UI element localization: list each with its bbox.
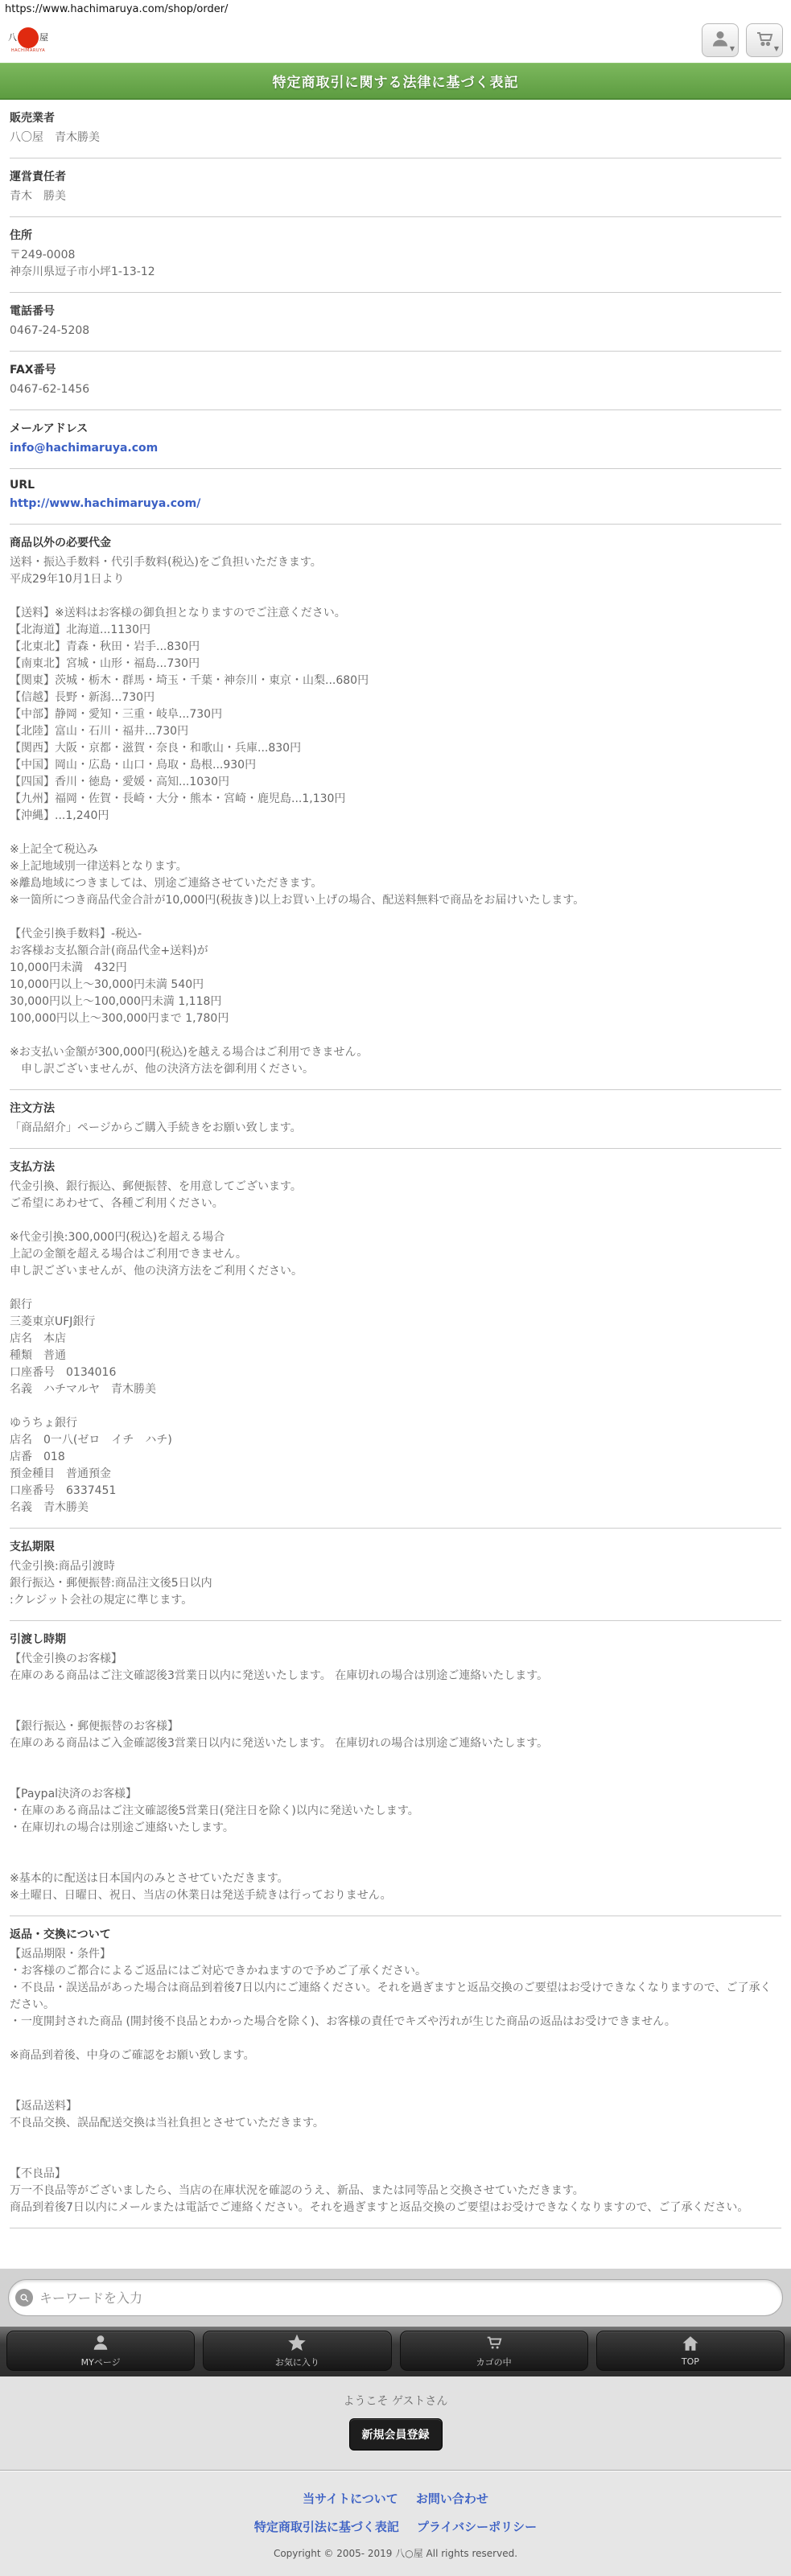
bottom-nav: MYページお気に入りカゴの中TOP (0, 2327, 791, 2376)
text-line: 銀行 (10, 1297, 781, 1314)
section-heading: 引渡し時期 (10, 1631, 781, 1647)
text-line: ※代金引換:300,000円(税込)を超える場合 (10, 1229, 781, 1246)
chevron-down-icon: ▼ (774, 45, 779, 52)
nav-label: お気に入り (275, 2356, 319, 2368)
page-title-bar: 特定商取引に関する法律に基づく表記 (0, 63, 791, 100)
search-icon (15, 2289, 33, 2306)
blank-line (10, 588, 781, 605)
section: メールアドレスinfo@hachimaruya.com (10, 410, 781, 469)
text-line: 【Paypal決済のお客様】 (10, 1786, 781, 1803)
text-line: ・一度開封された商品 (開封後不良品とわかった場合を除く)、お客様の責任でキズや… (10, 2014, 781, 2031)
section: URLhttp://www.hachimaruya.com/ (10, 469, 781, 525)
text-line: 【九州】福岡・佐賀・長崎・大分・熊本・宮崎・鹿児島...1,130円 (10, 791, 781, 808)
link[interactable]: http://www.hachimaruya.com/ (10, 496, 781, 512)
blank-line (10, 1769, 781, 1786)
blank-line (10, 2081, 781, 2098)
logo-kanji-left: 八 (8, 33, 17, 42)
section: 商品以外の必要代金送料・振込手数料・代引手数料(税込)をご負担いただきます。平成… (10, 525, 781, 1090)
text-line: 10,000円以上～30,000円未満 540円 (10, 977, 781, 994)
footer-link[interactable]: プライバシーポリシー (417, 2520, 537, 2534)
text-line: ※基本的に配送は日本国内のみとさせていただきます。 (10, 1870, 781, 1887)
section-heading: FAX番号 (10, 361, 781, 377)
text-line: 在庫のある商品はご入金確認後3営業日以内に発送いたします。 在庫切れの場合は別途… (10, 1735, 781, 1752)
text-line: ・お客様のご都合によるご返品にはご対応できかねますので予めご了承ください。 (10, 1963, 781, 1980)
nav-button-person[interactable]: MYページ (6, 2331, 195, 2371)
section-heading: 注文方法 (10, 1100, 781, 1116)
search-input[interactable] (8, 2279, 783, 2316)
text-line: 【中国】岡山・広島・山口・鳥取・島根...930円 (10, 757, 781, 774)
rising-sun-icon (18, 27, 39, 48)
link[interactable]: info@hachimaruya.com (10, 440, 781, 457)
text-line: 【関東】茨城・栃木・群馬・埼玉・千葉・神奈川・東京・山梨...680円 (10, 673, 781, 689)
nav-button-home[interactable]: TOP (596, 2331, 785, 2371)
text-line: 【信越】長野・新潟...730円 (10, 689, 781, 706)
blank-line (10, 1702, 781, 1718)
text-line: 銀行振込・郵便振替:商品注文後5日以内 (10, 1575, 781, 1592)
text-line: ※商品到着後、中身のご確認をお願い致します。 (10, 2047, 781, 2064)
account-menu-button[interactable]: ▼ (702, 23, 739, 57)
section-heading: メールアドレス (10, 420, 781, 436)
text-line: ※お支払い金額が300,000円(税込)を越える場合はご利用できません。 (10, 1044, 781, 1061)
site-logo[interactable]: 八 屋 HACHIMARUYA (8, 27, 48, 53)
site-footer: 当サイトについてお問い合わせ 特定商取引法に基づく表記プライバシーポリシー Co… (0, 2470, 791, 2576)
text-line: 100,000円以上～300,000円まで 1,780円 (10, 1010, 781, 1027)
person-icon (91, 2334, 110, 2355)
section: 注文方法「商品紹介」ページからご購入手続きをお願い致します。 (10, 1090, 781, 1149)
text-line: お客様お支払額合計(商品代金+送料)が (10, 943, 781, 960)
text-line: 【返品送料】 (10, 2098, 781, 2115)
text-line: 【中部】静岡・愛知・三重・岐阜...730円 (10, 706, 781, 723)
blank-line (10, 2132, 781, 2149)
star-icon (287, 2334, 307, 2355)
footer-link[interactable]: 特定商取引法に基づく表記 (254, 2520, 399, 2534)
site-header: 八 屋 HACHIMARUYA ▼ ▼ (0, 17, 791, 63)
content-sections: 販売業者八〇屋 青木勝美運営責任者青木 勝美住所〒249-0008神奈川県逗子市… (0, 100, 791, 2228)
search-band (0, 2269, 791, 2327)
section-heading: 販売業者 (10, 109, 781, 126)
text-line: :クレジット会社の規定に準じます。 (10, 1592, 781, 1609)
text-line: 申し訳ございませんが、他の決済方法を御利用ください。 (10, 1061, 781, 1078)
person-icon (711, 29, 730, 51)
section-heading: 住所 (10, 227, 781, 243)
text-line: ※上記全て税込み (10, 842, 781, 858)
logo-subtext: HACHIMARUYA (11, 49, 45, 53)
text-line: 0467-62-1456 (10, 381, 781, 398)
text-line: 在庫のある商品はご注文確認後3営業日以内に発送いたします。 在庫切れの場合は別途… (10, 1668, 781, 1685)
footer-links-row1: 当サイトについてお問い合わせ (0, 2490, 791, 2507)
text-line: ※一箇所につき商品代金合計が10,000円(税抜き)以上お買い上げの場合、配送料… (10, 892, 781, 909)
text-line: 【南東北】宮城・山形・福島...730円 (10, 656, 781, 673)
text-line: ・不良品・誤送品があった場合は商品到着後7日以内にご連絡ください。それを過ぎます… (10, 1980, 781, 2014)
text-line: 【銀行振込・郵便振替のお客様】 (10, 1718, 781, 1735)
text-line: 【送料】※送料はお客様の御負担となりますのでご注意ください。 (10, 605, 781, 622)
section: 引渡し時期【代金引換のお客様】在庫のある商品はご注文確認後3営業日以内に発送いた… (10, 1621, 781, 1916)
text-line: 【代金引換のお客様】 (10, 1651, 781, 1668)
text-line: ゆうちょ銀行 (10, 1415, 781, 1432)
text-line: 三菱東京UFJ銀行 (10, 1314, 781, 1331)
section: 電話番号0467-24-5208 (10, 293, 781, 352)
blank-line (10, 2149, 781, 2166)
section-heading: 商品以外の必要代金 (10, 534, 781, 550)
text-line: 店名 0一八(ゼロ イチ ハチ) (10, 1432, 781, 1449)
nav-label: MYページ (81, 2356, 121, 2368)
section-heading: 返品・交換について (10, 1926, 781, 1942)
nav-button-cart[interactable]: カゴの中 (400, 2331, 588, 2371)
blank-line (10, 1685, 781, 1702)
blank-line (10, 1027, 781, 1044)
text-line: 10,000円未満 432円 (10, 960, 781, 977)
text-line: 代金引換:商品引渡時 (10, 1558, 781, 1575)
text-line: 送料・振込手数料・代引手数料(税込)をご負担いただきます。 (10, 554, 781, 571)
logo-kanji-right: 屋 (39, 33, 48, 42)
blank-line (10, 1837, 781, 1854)
nav-label: カゴの中 (476, 2356, 512, 2368)
cart-icon (755, 29, 774, 51)
text-line: 名義 ハチマルヤ 青木勝美 (10, 1381, 781, 1398)
footer-link[interactable]: 当サイトについて (303, 2492, 398, 2506)
text-line: 【代金引換手数料】-税込- (10, 926, 781, 943)
text-line: 【北海道】北海道...1130円 (10, 622, 781, 639)
text-line: 上記の金額を超える場合はご利用できません。 (10, 1246, 781, 1263)
chevron-down-icon: ▼ (730, 45, 735, 52)
blank-line (10, 1752, 781, 1769)
section: 支払期限代金引換:商品引渡時銀行振込・郵便振替:商品注文後5日以内:クレジット会… (10, 1529, 781, 1621)
text-line: ※離島地域につきましては、別途ご連絡させていただきます。 (10, 875, 781, 892)
text-line: 万一不良品等がございましたら、当店の在庫状況を確認のうえ、新品、または同等品と交… (10, 2183, 781, 2199)
text-line: 代金引換、銀行振込、郵便振替、を用意してございます。 (10, 1179, 781, 1195)
cart-icon (484, 2334, 504, 2355)
text-line: 【返品期限・条件】 (10, 1946, 781, 1963)
text-line: 【不良品】 (10, 2166, 781, 2183)
cart-menu-button[interactable]: ▼ (746, 23, 783, 57)
register-button[interactable]: 新規会員登録 (349, 2418, 443, 2450)
text-line: 【四国】香川・徳島・愛媛・高知...1030円 (10, 774, 781, 791)
footer-links-row2: 特定商取引法に基づく表記プライバシーポリシー (0, 2518, 791, 2535)
blank-line (10, 1854, 781, 1870)
section-heading: 運営責任者 (10, 168, 781, 184)
text-line: 名義 青木勝美 (10, 1500, 781, 1516)
text-line: ・在庫切れの場合は別途ご連絡いたします。 (10, 1820, 781, 1837)
blank-line (10, 909, 781, 926)
copyright-text: Copyright © 2005- 2019 八○屋 All rights re… (0, 2546, 791, 2560)
text-line: 種類 普通 (10, 1348, 781, 1364)
section: 住所〒249-0008神奈川県逗子市小坪1-13-12 (10, 217, 781, 293)
text-line: 申し訳ございませんが、他の決済方法をご利用ください。 (10, 1263, 781, 1280)
blank-line (10, 825, 781, 842)
nav-label: TOP (682, 2356, 699, 2367)
text-line: 八〇屋 青木勝美 (10, 130, 781, 146)
text-line: ご希望にあわせて、各種ご利用ください。 (10, 1195, 781, 1212)
text-line: ・在庫のある商品はご注文確認後5営業日(発注日を除く)以内に発送いたします。 (10, 1803, 781, 1820)
blank-line (10, 1212, 781, 1229)
blank-line (10, 1398, 781, 1415)
browser-url: https://www.hachimaruya.com/shop/order/ (0, 0, 791, 17)
text-line: 店番 018 (10, 1449, 781, 1466)
member-band: ようこそ ゲストさん 新規会員登録 (0, 2376, 791, 2470)
blank-line (10, 2064, 781, 2081)
blank-line (10, 2031, 781, 2047)
home-icon (681, 2335, 700, 2356)
text-line: 神奈川県逗子市小坪1-13-12 (10, 264, 781, 281)
text-line: 【北東北】青森・秋田・岩手...830円 (10, 639, 781, 656)
section: 販売業者八〇屋 青木勝美 (10, 100, 781, 158)
text-line: ※土曜日、日曜日、祝日、当店の休業日は発送手続きは行っておりません。 (10, 1887, 781, 1904)
section-heading: URL (10, 479, 781, 492)
text-line: 店名 本店 (10, 1331, 781, 1348)
section-heading: 電話番号 (10, 302, 781, 319)
text-line: 青木 勝美 (10, 188, 781, 205)
nav-button-star[interactable]: お気に入り (203, 2331, 391, 2371)
text-line: 口座番号 6337451 (10, 1483, 781, 1500)
text-line: ※上記地域別一律送料となります。 (10, 858, 781, 875)
text-line: 〒249-0008 (10, 247, 781, 264)
section: 運営責任者青木 勝美 (10, 158, 781, 217)
section-heading: 支払期限 (10, 1538, 781, 1554)
text-line: 30,000円以上～100,000円未満 1,118円 (10, 994, 781, 1010)
footer-link[interactable]: お問い合わせ (416, 2492, 488, 2506)
blank-line (10, 1280, 781, 1297)
text-line: 【沖縄】...1,240円 (10, 808, 781, 825)
text-line: 不良品交換、誤品配送交換は当社負担とさせていただきます。 (10, 2115, 781, 2132)
text-line: 平成29年10月1日より (10, 571, 781, 588)
page-title: 特定商取引に関する法律に基づく表記 (273, 71, 519, 91)
section: 支払方法代金引換、銀行振込、郵便振替、を用意してございます。ご希望にあわせて、各… (10, 1149, 781, 1529)
text-line: 口座番号 0134016 (10, 1364, 781, 1381)
text-line: 商品到着後7日以内にメールまたは電話でご連絡ください。それを過ぎますと返品交換の… (10, 2199, 781, 2216)
section: 返品・交換について【返品期限・条件】・お客様のご都合によるご返品にはご対応できか… (10, 1916, 781, 2228)
text-line: 「商品紹介」ページからご購入手続きをお願い致します。 (10, 1120, 781, 1137)
section: FAX番号0467-62-1456 (10, 352, 781, 410)
text-line: 預金種目 普通預金 (10, 1466, 781, 1483)
text-line: 【関西】大阪・京都・滋賀・奈良・和歌山・兵庫...830円 (10, 740, 781, 757)
text-line: 0467-24-5208 (10, 323, 781, 339)
welcome-guest-text: ようこそ ゲストさん (0, 2393, 791, 2409)
text-line: 【北陸】富山・石川・福井...730円 (10, 723, 781, 740)
section-heading: 支払方法 (10, 1158, 781, 1175)
